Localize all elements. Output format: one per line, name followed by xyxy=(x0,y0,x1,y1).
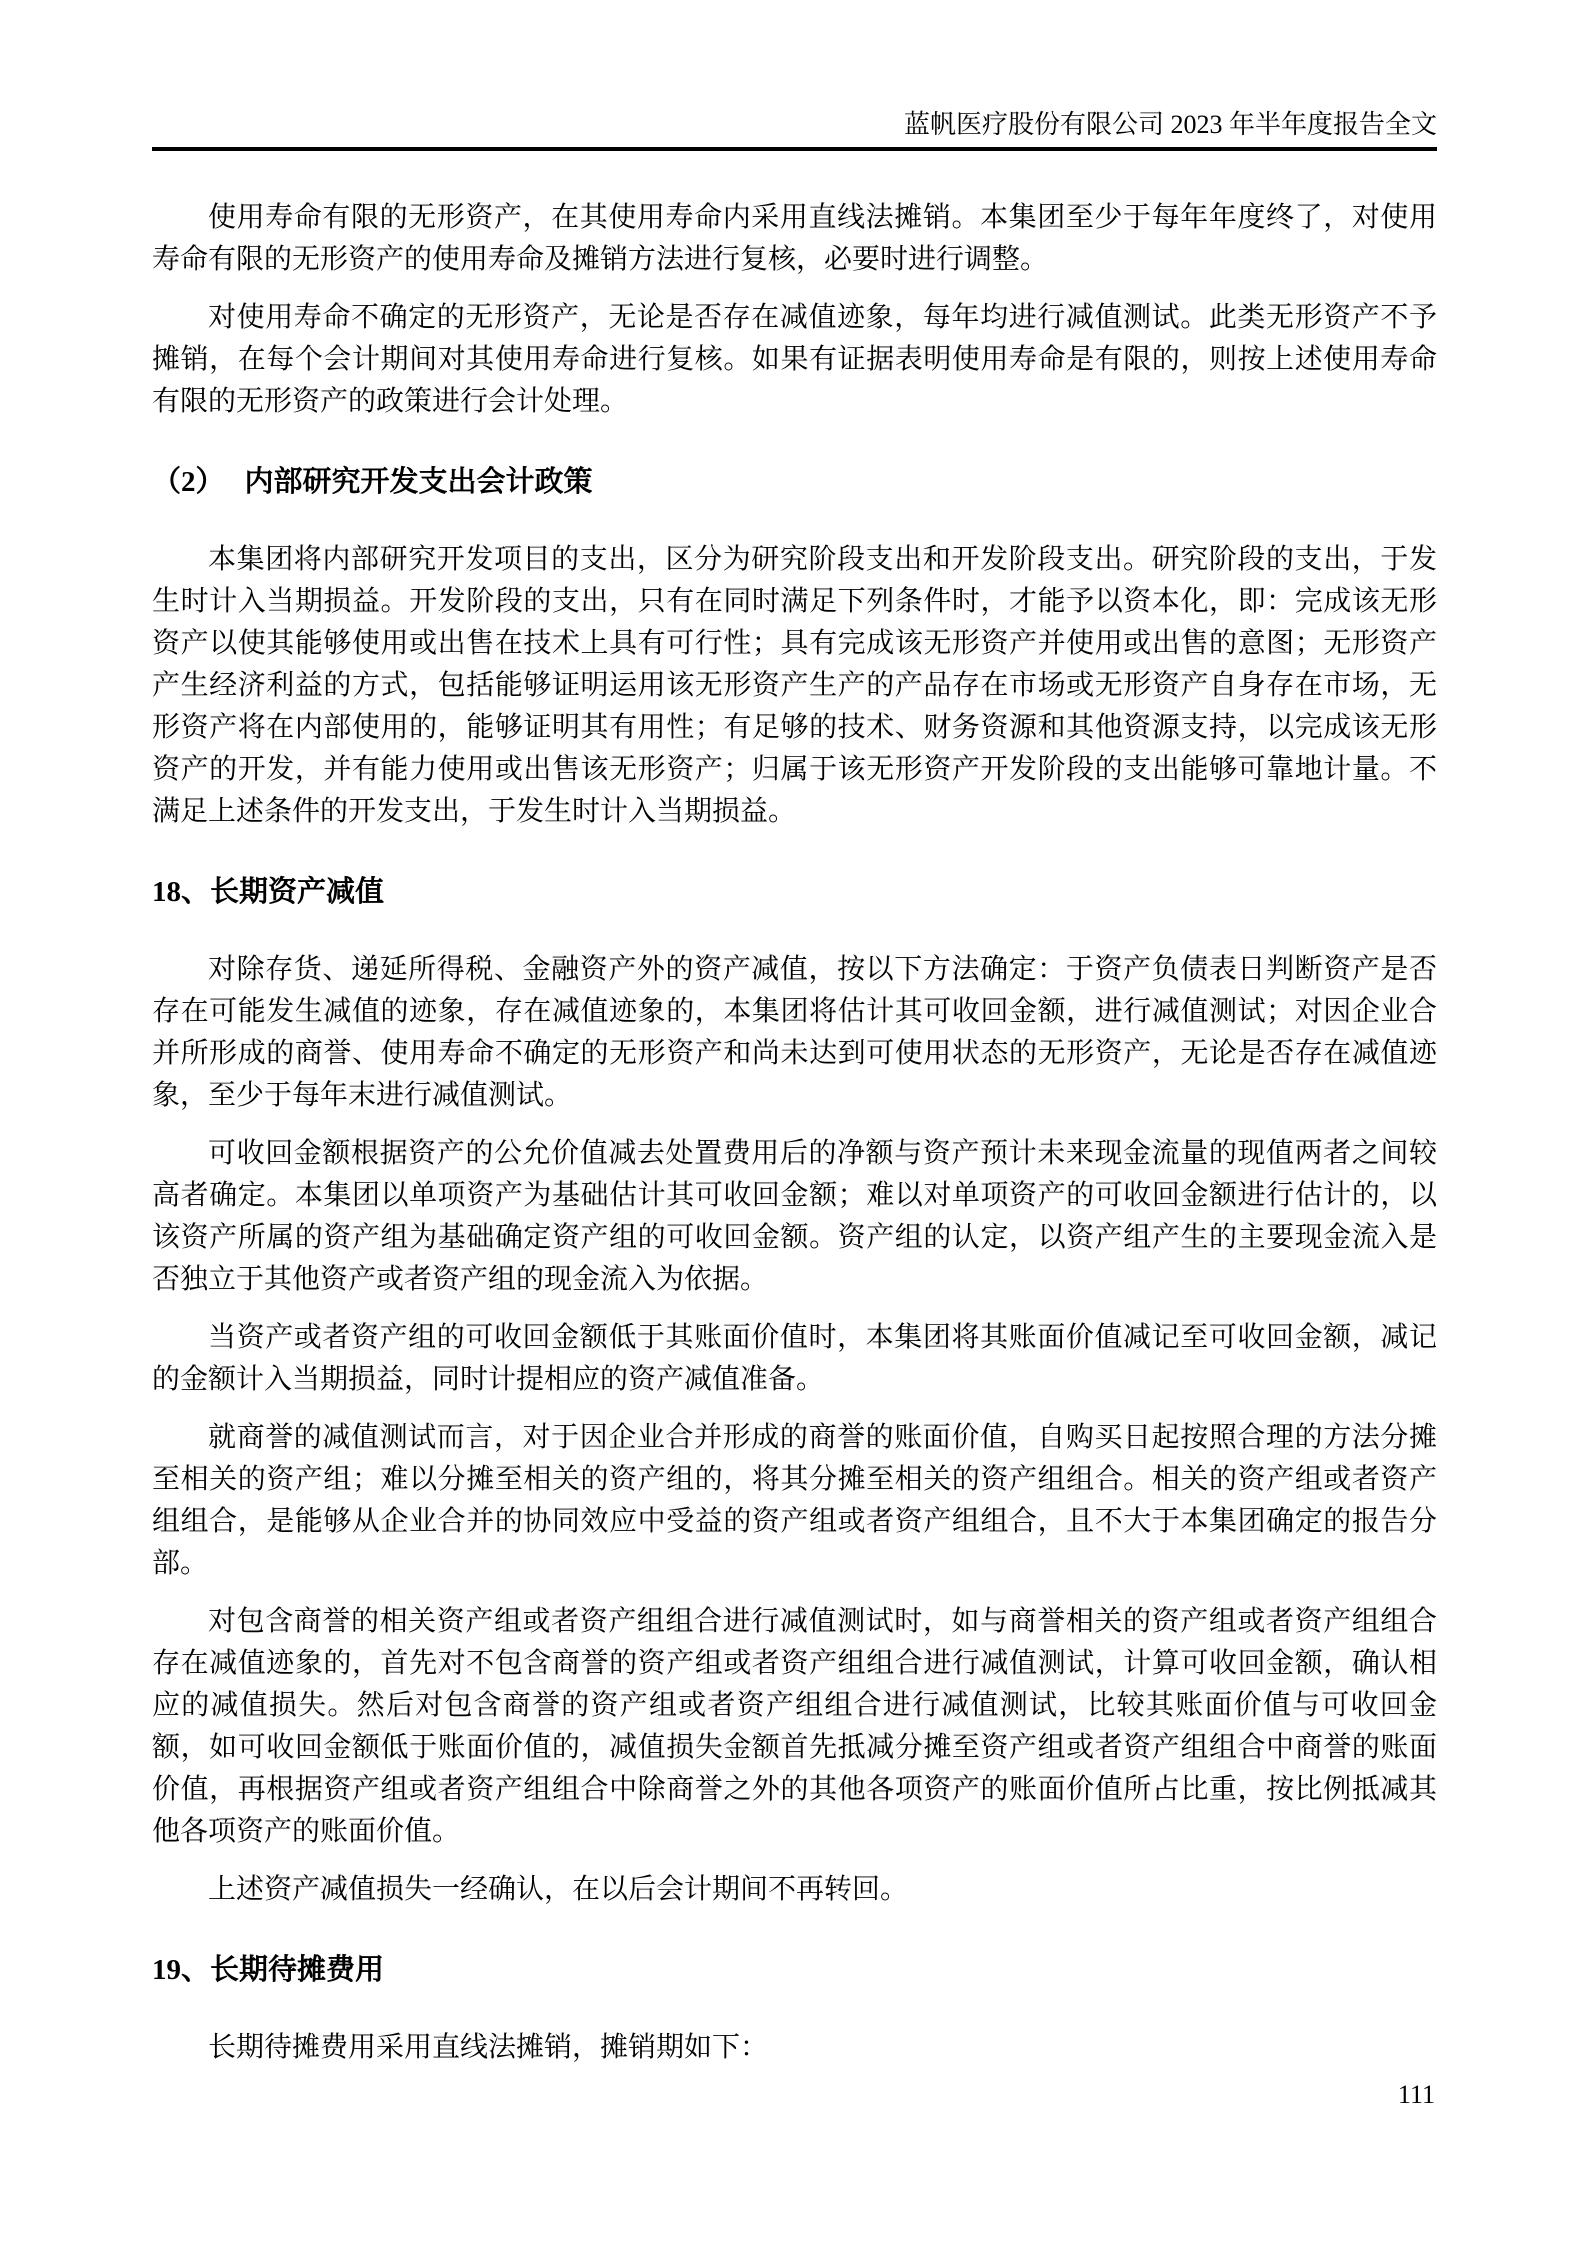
section-heading-rd-policy: （2）内部研究开发支出会计政策 xyxy=(152,461,1437,503)
paragraph-impairment-writedown: 当资产或者资产组的可收回金额低于其账面价值时，本集团将其账面价值减记至可收回金额… xyxy=(152,1317,1437,1401)
header-divider xyxy=(152,147,1437,151)
paragraph-deferred-expenses-intro: 长期待摊费用采用直线法摊销，摊销期如下： xyxy=(152,2027,1437,2069)
section-heading-19-long-term-deferred-expenses: 19、长期待摊费用 xyxy=(152,1949,1437,1991)
paragraph-no-reversal: 上述资产减值损失一经确认，在以后会计期间不再转回。 xyxy=(152,1869,1437,1911)
report-page: 蓝帆医疗股份有限公司 2023 年半年度报告全文 使用寿命有限的无形资产，在其使… xyxy=(0,0,1587,2245)
section-heading-label: 内部研究开发支出会计政策 xyxy=(245,466,593,498)
paragraph-rd-expenditure-detail: 本集团将内部研究开发项目的支出，区分为研究阶段支出和开发阶段支出。研究阶段的支出… xyxy=(152,539,1437,833)
paragraph-impairment-scope: 对除存货、递延所得税、金融资产外的资产减值，按以下方法确定：于资产负债表日判断资… xyxy=(152,949,1437,1117)
section-heading-number: （2） xyxy=(152,466,225,498)
paragraph-goodwill-allocation: 就商誉的减值测试而言，对于因企业合并形成的商誉的账面价值，自购买日起按照合理的方… xyxy=(152,1417,1437,1585)
paragraph-goodwill-impairment-test: 对包含商誉的相关资产组或者资产组组合进行减值测试时，如与商誉相关的资产组或者资产… xyxy=(152,1601,1437,1853)
page-content: 蓝帆医疗股份有限公司 2023 年半年度报告全文 使用寿命有限的无形资产，在其使… xyxy=(152,0,1437,2085)
section-heading-18-long-term-asset-impairment: 18、长期资产减值 xyxy=(152,871,1437,913)
paragraph-recoverable-amount: 可收回金额根据资产的公允价值减去处置费用后的净额与资产预计未来现金流量的现值两者… xyxy=(152,1133,1437,1301)
paragraph-intangible-amortization: 使用寿命有限的无形资产，在其使用寿命内采用直线法摊销。本集团至少于每年年度终了，… xyxy=(152,197,1437,281)
page-header-title: 蓝帆医疗股份有限公司 2023 年半年度报告全文 xyxy=(152,110,1437,140)
page-number: 111 xyxy=(1398,2080,1435,2110)
paragraph-indefinite-life-intangibles: 对使用寿命不确定的无形资产，无论是否存在减值迹象，每年均进行减值测试。此类无形资… xyxy=(152,297,1437,423)
